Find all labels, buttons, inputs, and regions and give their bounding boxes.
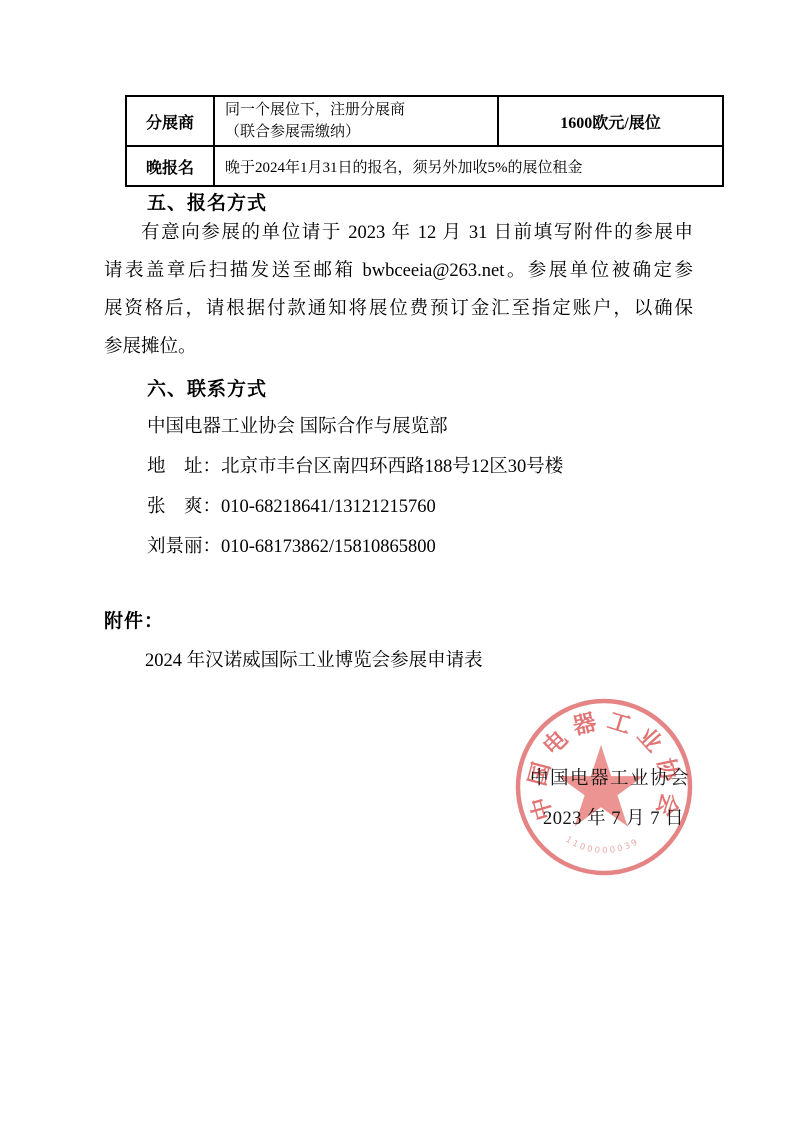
fee-row-description: 同一个展位下，注册分展商 （联合参展需缴纳） [214, 96, 498, 146]
fee-table: 分展商 同一个展位下，注册分展商 （联合参展需缴纳） 1600欧元/展位 晚报名… [125, 95, 724, 187]
contact-person-2: 刘景丽：010-68173862/15810865800 [147, 532, 436, 558]
signup-paragraph-line-2: 请表盖章后扫描发送至邮箱 bwbceeia@263.net。参展单位被确定参 [104, 258, 693, 284]
fee-row-label: 晚报名 [126, 146, 214, 186]
seal-serial-number: 1100000039 [564, 835, 642, 857]
svg-text:1100000039: 1100000039 [564, 835, 642, 857]
fee-desc-line-2: （联合参展需缴纳） [225, 121, 487, 143]
signup-paragraph-line-4: 参展摊位。 [104, 334, 693, 360]
table-row: 分展商 同一个展位下，注册分展商 （联合参展需缴纳） 1600欧元/展位 [126, 96, 723, 146]
signature-date-line: 2023 年 7 月 7 日 [543, 804, 684, 830]
attachment-label: 附件： [104, 606, 164, 633]
contact-org-line: 中国电器工业协会 国际合作与展览部 [147, 412, 448, 438]
attachment-item: 2024 年汉诺威国际工业博览会参展申请表 [145, 646, 483, 672]
signature-org-line: 中国电器工业协会 [530, 764, 690, 790]
section-heading-signup: 五、报名方式 [147, 188, 267, 215]
signup-paragraph-line-3: 展资格后，请根据付款通知将展位费预订金汇至指定账户，以确保 [104, 296, 693, 322]
fee-row-price: 1600欧元/展位 [498, 96, 723, 146]
signup-paragraph-line-1: 有意向参展的单位请于 2023 年 12 月 31 日前填写附件的参展申 [104, 220, 693, 246]
fee-row-label: 分展商 [126, 96, 214, 146]
official-seal-stamp: 中国电器工业协会 1100000039 [500, 683, 714, 897]
table-row: 晚报名 晚于2024年1月31日的报名，须另外加收5%的展位租金 [126, 146, 723, 186]
section-heading-contact: 六、联系方式 [147, 374, 267, 401]
contact-person-1: 张 爽：010-68218641/13121215760 [147, 492, 436, 518]
document-page: 分展商 同一个展位下，注册分展商 （联合参展需缴纳） 1600欧元/展位 晚报名… [0, 0, 794, 1123]
contact-address-line: 地 址：北京市丰台区南四环西路188号12区30号楼 [147, 452, 563, 478]
fee-desc-line-1: 同一个展位下，注册分展商 [225, 99, 487, 121]
fee-row-description: 晚于2024年1月31日的报名，须另外加收5%的展位租金 [214, 146, 723, 186]
